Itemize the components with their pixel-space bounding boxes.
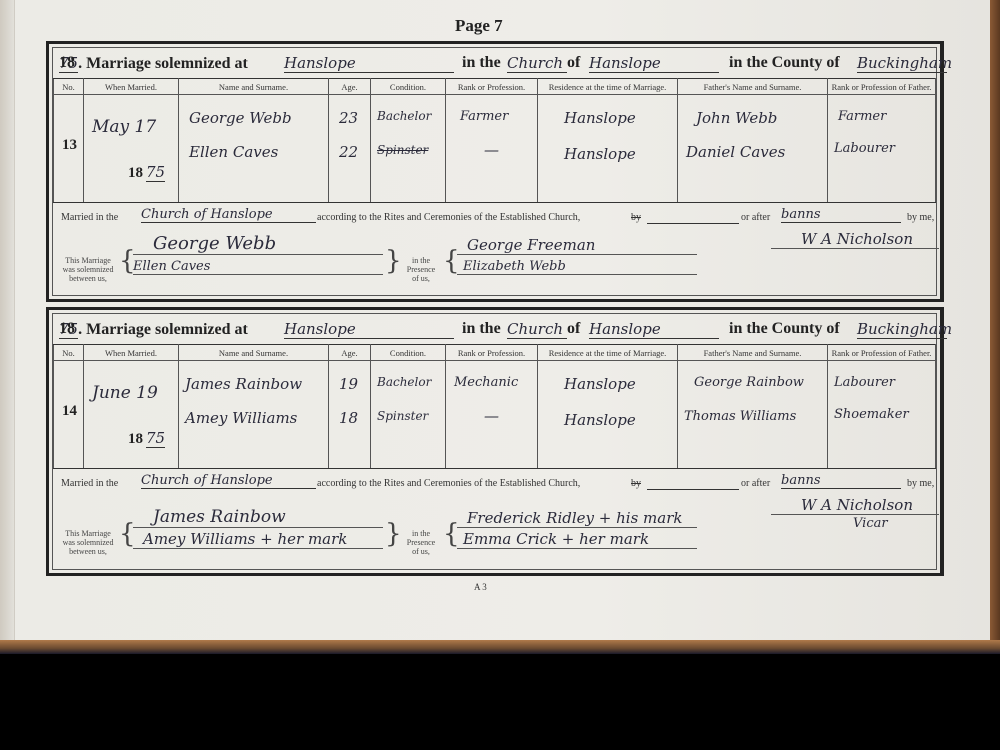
officiant-title: Vicar: [853, 516, 888, 531]
bride-profession: —: [484, 141, 499, 159]
year-printed: 18: [128, 431, 143, 448]
col-header-rank: Rank or Profession.: [446, 345, 538, 361]
signature-line-1: James Rainbow: [133, 511, 383, 528]
married-in-line: Married in the Church of Hanslope accord…: [61, 478, 941, 494]
col-header-no: No.: [54, 345, 84, 361]
bride-condition: Spinster: [377, 143, 428, 157]
witness-2-signature: Emma Crick + her mark: [463, 530, 649, 548]
register-page: Page 7 1875. Marriage solemnized at Hans…: [0, 0, 990, 645]
label-county: in the County of: [729, 54, 840, 72]
married-in-line: Married in the Church of Hanslope accord…: [61, 212, 941, 228]
label-of: of: [567, 54, 580, 72]
witness-line-2: Emma Crick + her mark: [457, 532, 697, 549]
label-married-in: Married in the: [61, 478, 118, 489]
col-header-no: No.: [54, 79, 84, 95]
marriage-entry-14: 1875. Marriage solemnized at Hanslope in…: [46, 307, 944, 576]
label-this-marriage: This Marriage: [59, 256, 117, 265]
groom-profession: Farmer: [460, 109, 508, 124]
label-solemnized: . Marriage solemnized at: [78, 321, 248, 338]
groom-father: John Webb: [696, 109, 777, 127]
bride-signature: Ellen Caves: [133, 259, 210, 274]
when-married: May 17: [92, 117, 156, 137]
book-spine: [0, 0, 15, 645]
parish-field: Hanslope: [589, 54, 719, 73]
label-of: of: [567, 320, 580, 338]
married-in-field: Church of Hanslope: [141, 473, 316, 489]
col-header-condition: Condition.: [371, 345, 446, 361]
bride-father-profession: Shoemaker: [834, 407, 909, 422]
bride-signature: Amey Williams + her mark: [143, 530, 347, 548]
married-in-field: Church of Hanslope: [141, 207, 316, 223]
col-header-father: Father's Name and Surname.: [678, 345, 828, 361]
place-field: Hanslope: [284, 54, 454, 73]
col-header-age: Age.: [329, 345, 371, 361]
label-according: according to the Rites and Ceremonies of…: [317, 478, 580, 489]
groom-residence: Hanslope: [564, 109, 636, 127]
col-header-when: When Married.: [84, 79, 179, 95]
label-was-solemnized: was solemnized: [59, 538, 117, 547]
year-prefix: 18: [59, 320, 75, 338]
brace-right: }: [385, 248, 402, 274]
label-of-us: of us,: [401, 547, 441, 556]
col-header-name: Name and Surname.: [179, 345, 329, 361]
witness-1-signature: George Freeman: [467, 236, 595, 254]
label-presence: Presence: [401, 265, 441, 274]
presence-label: in the Presence of us,: [401, 529, 441, 556]
col-header-father: Father's Name and Surname.: [678, 79, 828, 95]
officiant-line: W A Nicholson: [771, 498, 939, 515]
label-or-after: or after: [741, 212, 770, 223]
groom-name: James Rainbow: [185, 375, 302, 393]
signature-line-2: Ellen Caves: [133, 258, 383, 275]
label-in-the: in the: [462, 320, 501, 338]
book-bottom-edge: [0, 640, 1000, 654]
after-field: banns: [781, 473, 901, 489]
label-this-marriage: This Marriage: [59, 529, 117, 538]
label-married-in: Married in the: [61, 212, 118, 223]
col-header-residence: Residence at the time of Marriage.: [538, 79, 678, 95]
groom-condition: Bachelor: [377, 375, 431, 389]
label-according: according to the Rites and Ceremonies of…: [317, 212, 580, 223]
bride-age: 22: [339, 143, 358, 161]
witness-line-1: Frederick Ridley + his mark: [457, 511, 697, 528]
groom-residence: Hanslope: [564, 375, 636, 393]
label-between-us: between us,: [59, 274, 117, 283]
label-solemnized: . Marriage solemnized at: [78, 55, 248, 72]
label-in-the-presence: in the: [401, 529, 441, 538]
bride-father: Daniel Caves: [686, 143, 785, 161]
label-by: by: [631, 212, 641, 223]
officiant-line: W A Nicholson: [771, 232, 939, 249]
label-or-after: or after: [741, 478, 770, 489]
bride-residence: Hanslope: [564, 145, 636, 163]
bride-condition: Spinster: [377, 409, 428, 423]
parish-field: Hanslope: [589, 320, 719, 339]
label-of-us: of us,: [401, 274, 441, 283]
entry-number: 13: [62, 137, 77, 154]
label-county: in the County of: [729, 320, 840, 338]
groom-father: George Rainbow: [694, 375, 804, 390]
groom-father-profession: Farmer: [838, 109, 886, 124]
bride-age: 18: [339, 409, 358, 427]
register-table: No. When Married. Name and Surname. Age.…: [53, 78, 936, 203]
year-written: 75: [146, 163, 165, 182]
col-header-father-rank: Rank or Profession of Father.: [828, 79, 936, 95]
label-by-me: by me,: [907, 478, 934, 489]
divider: [53, 468, 936, 469]
year-printed: 18: [128, 165, 143, 182]
church-type-field: Church: [507, 54, 567, 73]
col-header-rank: Rank or Profession.: [446, 79, 538, 95]
officiant-signature: W A Nicholson: [801, 230, 913, 248]
bride-profession: —: [484, 407, 499, 425]
after-field: banns: [781, 207, 901, 223]
col-header-residence: Residence at the time of Marriage.: [538, 345, 678, 361]
label-presence: Presence: [401, 538, 441, 547]
church-type-field: Church: [507, 320, 567, 339]
year-written: 75: [146, 429, 165, 448]
groom-condition: Bachelor: [377, 109, 431, 123]
bride-name: Amey Williams: [185, 409, 297, 427]
county-field: Buckingham: [857, 320, 947, 339]
col-header-condition: Condition.: [371, 79, 446, 95]
marriage-entry-13: 1875. Marriage solemnized at Hanslope in…: [46, 41, 944, 302]
bride-father-profession: Labourer: [834, 141, 895, 156]
bride-name: Ellen Caves: [189, 143, 278, 161]
label-in-the: in the: [462, 54, 501, 72]
label-between-us: between us,: [59, 547, 117, 556]
groom-signature: George Webb: [153, 233, 276, 254]
signature-line-1: George Webb: [133, 238, 383, 255]
label-by-me: by me,: [907, 212, 934, 223]
col-header-age: Age.: [329, 79, 371, 95]
witness-line-2: Elizabeth Webb: [457, 258, 697, 275]
between-us-label: This Marriage was solemnized between us,: [59, 256, 117, 283]
label-in-the-presence: in the: [401, 256, 441, 265]
groom-father-profession: Labourer: [834, 375, 895, 390]
entry-title-line: 1875. Marriage solemnized at Hanslope in…: [59, 320, 936, 344]
col-header-name: Name and Surname.: [179, 79, 329, 95]
when-married: June 19: [92, 383, 158, 403]
register-table: No. When Married. Name and Surname. Age.…: [53, 344, 936, 469]
entry-number: 14: [62, 403, 77, 420]
year-prefix: 18: [59, 54, 75, 72]
between-us-label: This Marriage was solemnized between us,: [59, 529, 117, 556]
col-header-when: When Married.: [84, 345, 179, 361]
groom-name: George Webb: [189, 109, 292, 127]
bride-father: Thomas Williams: [684, 409, 796, 424]
witness-line-1: George Freeman: [457, 238, 697, 255]
signature-line-2: Amey Williams + her mark: [133, 532, 383, 549]
entry-title-line: 1875. Marriage solemnized at Hanslope in…: [59, 54, 936, 78]
bride-residence: Hanslope: [564, 411, 636, 429]
witness-2-signature: Elizabeth Webb: [463, 259, 566, 274]
groom-signature: James Rainbow: [153, 507, 286, 527]
licence-field: [647, 212, 739, 224]
groom-profession: Mechanic: [454, 375, 518, 390]
col-header-father-rank: Rank or Profession of Father.: [828, 345, 936, 361]
label-by: by: [631, 478, 641, 489]
book-cover-edge: [990, 0, 1000, 650]
label-was-solemnized: was solemnized: [59, 265, 117, 274]
divider: [53, 202, 936, 203]
county-field: Buckingham: [857, 54, 947, 73]
presence-label: in the Presence of us,: [401, 256, 441, 283]
officiant-signature: W A Nicholson: [801, 496, 913, 514]
place-field: Hanslope: [284, 320, 454, 339]
groom-age: 23: [339, 109, 358, 127]
groom-age: 19: [339, 375, 358, 393]
licence-field: [647, 478, 739, 490]
brace-right: }: [385, 521, 402, 547]
witness-1-signature: Frederick Ridley + his mark: [467, 509, 682, 527]
page-number: Page 7: [455, 16, 503, 36]
sheet-mark: A 3: [474, 582, 487, 592]
